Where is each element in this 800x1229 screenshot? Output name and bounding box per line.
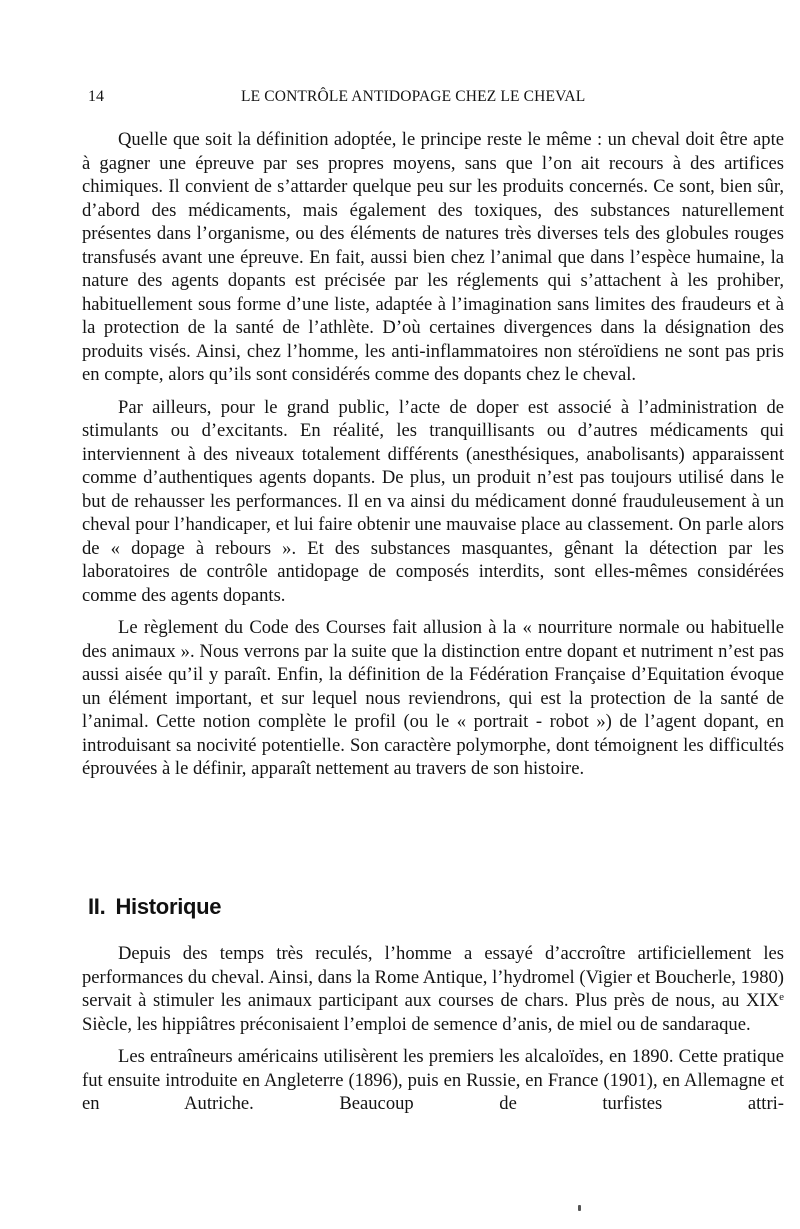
paragraph-public-perception: Par ailleurs, pour le grand public, l’ac… [82,396,784,608]
section-title: Historique [115,894,221,919]
running-header: 14 LE CONTRÔLE ANTIDOPAGE CHEZ LE CHEVAL [88,86,788,108]
page-number: 14 [88,86,104,108]
scan-speck-decoration [578,1205,581,1211]
paragraph-text-part-1: Depuis des temps très reculés, l’homme a… [82,943,784,1011]
paragraph-code-des-courses: Le règlement du Code des Courses fait al… [82,616,784,781]
document-page: 14 LE CONTRÔLE ANTIDOPAGE CHEZ LE CHEVAL… [0,0,800,1229]
section-heading-historique: II.Historique [88,893,221,921]
section-number: II. [88,894,105,919]
running-title: LE CONTRÔLE ANTIDOPAGE CHEZ LE CHEVAL [241,86,585,108]
paragraph-alkaloids: Les entraîneurs américains utilisèrent l… [82,1045,784,1116]
section-intro-body: Quelle que soit la définition adoptée, l… [82,128,784,781]
section-historique-body: Depuis des temps très reculés, l’homme a… [82,942,784,1116]
paragraph-definition: Quelle que soit la définition adoptée, l… [82,128,784,387]
paragraph-ancient-history: Depuis des temps très reculés, l’homme a… [82,942,784,1036]
paragraph-text-part-2: Siècle, les hippiâtres préconisaient l’e… [82,1014,751,1035]
superscript-e: e [779,991,784,1003]
